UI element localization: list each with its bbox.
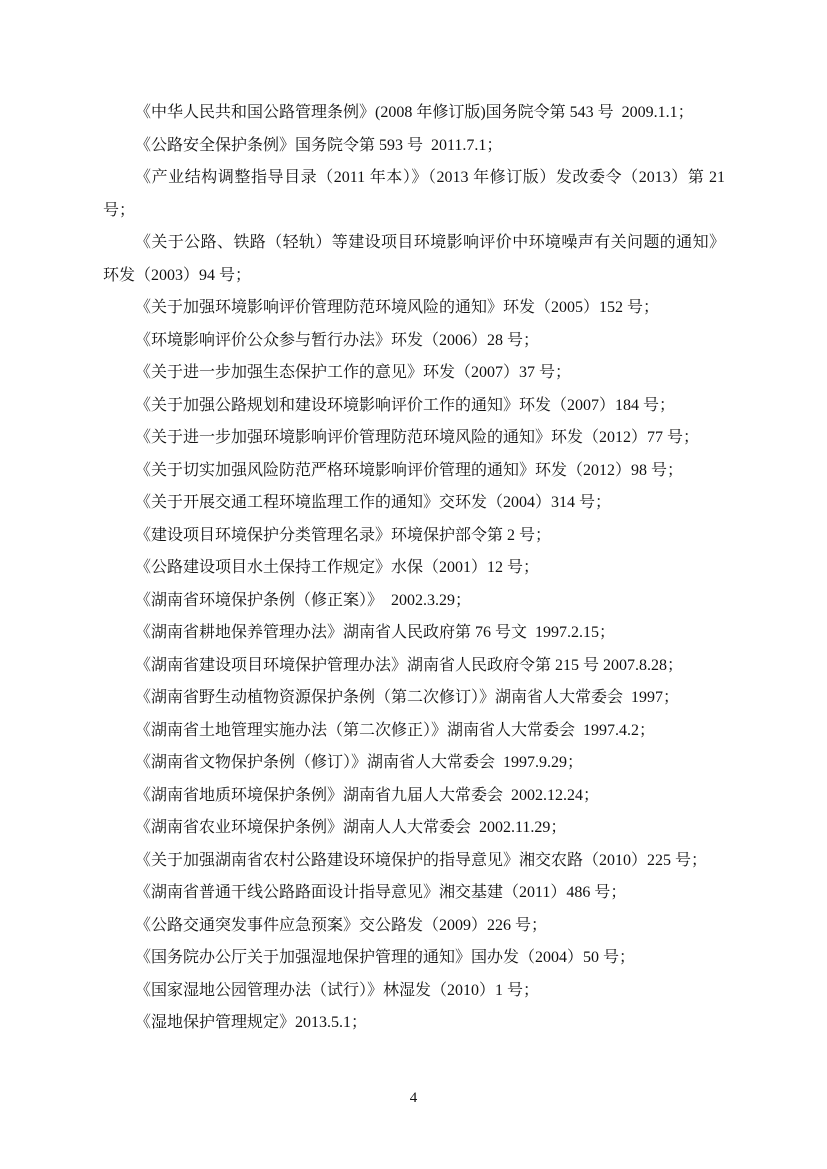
- regulation-entry: 《产业结构调整指导目录（2011 年本）》（2013 年修订版）发改委令（201…: [103, 162, 725, 227]
- regulation-entry: 《关于进一步加强环境影响评价管理防范环境风险的通知》环发（2012）77 号；: [103, 422, 725, 455]
- regulation-entry: 《环境影响评价公众参与暂行办法》环发（2006）28 号；: [103, 325, 725, 358]
- regulation-entry: 《关于公路、铁路（轻轨）等建设项目环境影响评价中环境噪声有关问题的通知》环发（2…: [103, 227, 725, 292]
- regulation-entry: 《关于进一步加强生态保护工作的意见》环发（2007）37 号；: [103, 357, 725, 390]
- regulation-entry: 《湖南省地质环境保护条例》湖南省九届人大常委会 2002.12.24；: [103, 780, 725, 813]
- regulation-entry: 《关于加强公路规划和建设环境影响评价工作的通知》环发（2007）184 号；: [103, 390, 725, 423]
- page-number: 4: [410, 1090, 418, 1106]
- regulation-entry: 《关于加强环境影响评价管理防范环境风险的通知》环发（2005）152 号；: [103, 292, 725, 325]
- regulation-entry: 《国家湿地公园管理办法（试行）》林湿发（2010）1 号；: [103, 975, 725, 1008]
- regulation-entry: 《湖南省普通干线公路路面设计指导意见》湘交基建（2011）486 号；: [103, 877, 725, 910]
- regulation-entry: 《关于切实加强风险防范严格环境影响评价管理的通知》环发（2012）98 号；: [103, 455, 725, 488]
- regulation-entry: 《湖南省建设项目环境保护管理办法》湖南省人民政府令第 215 号 2007.8.…: [103, 650, 725, 683]
- regulation-entry: 《湖南省农业环境保护条例》湖南人人大常委会 2002.11.29；: [103, 812, 725, 845]
- regulation-entry: 《国务院办公厅关于加强湿地保护管理的通知》国办发（2004）50 号；: [103, 942, 725, 975]
- document-page: 《中华人民共和国公路管理条例》(2008 年修订版)国务院令第 543 号 20…: [0, 0, 827, 1169]
- regulation-entry: 《公路安全保护条例》国务院令第 593 号 2011.7.1；: [103, 130, 725, 163]
- regulation-entry: 《公路建设项目水土保持工作规定》水保（2001）12 号；: [103, 552, 725, 585]
- regulation-entry: 《建设项目环境保护分类管理名录》环境保护部令第 2 号；: [103, 520, 725, 553]
- page-footer: 4: [0, 1089, 827, 1107]
- regulation-list: 《中华人民共和国公路管理条例》(2008 年修订版)国务院令第 543 号 20…: [103, 97, 725, 1040]
- regulation-entry: 《关于开展交通工程环境监理工作的通知》交环发（2004）314 号；: [103, 487, 725, 520]
- regulation-entry: 《中华人民共和国公路管理条例》(2008 年修订版)国务院令第 543 号 20…: [103, 97, 725, 130]
- regulation-entry: 《湖南省野生动植物资源保护条例（第二次修订）》湖南省人大常委会 1997；: [103, 682, 725, 715]
- regulation-entry: 《湖南省环境保护条例（修正案）》 2002.3.29；: [103, 585, 725, 618]
- regulation-entry: 《湖南省土地管理实施办法（第二次修正）》湖南省人大常委会 1997.4.2；: [103, 715, 725, 748]
- regulation-entry: 《关于加强湖南省农村公路建设环境保护的指导意见》湘交农路（2010）225 号；: [103, 845, 725, 878]
- regulation-entry: 《公路交通突发事件应急预案》交公路发（2009）226 号；: [103, 910, 725, 943]
- regulation-entry: 《湿地保护管理规定》2013.5.1；: [103, 1007, 725, 1040]
- regulation-entry: 《湖南省文物保护条例（修订）》湖南省人大常委会 1997.9.29；: [103, 747, 725, 780]
- regulation-entry: 《湖南省耕地保养管理办法》湖南省人民政府第 76 号文 1997.2.15；: [103, 617, 725, 650]
